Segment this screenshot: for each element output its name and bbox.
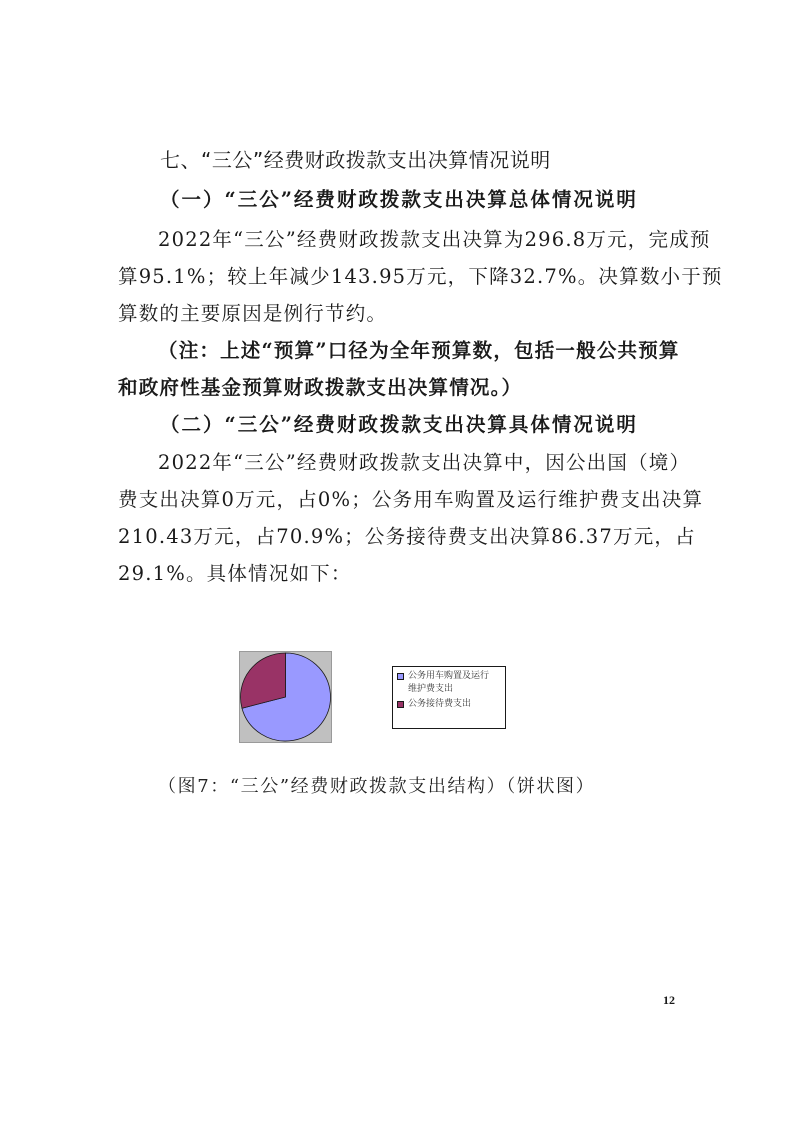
legend-label-line-1: 公务用车购置及运行	[408, 671, 489, 681]
note-line-2: 和政府性基金预算财政拨款支出决算情况。）	[118, 376, 678, 400]
legend-item-vehicle: 公务用车购置及运行 维护费支出	[397, 670, 502, 696]
chart-legend: 公务用车购置及运行 维护费支出 公务接待费支出	[392, 666, 506, 729]
subsection-1-heading: （一）“三公”经费财政拨款支出决算总体情况说明	[160, 188, 720, 212]
paragraph-2-line-4: 29.1%。具体情况如下：	[118, 562, 678, 586]
paragraph-1-line-2: 算95.1%；较上年减少143.95万元，下降32.7%。决算数小于预	[118, 265, 678, 289]
legend-swatch-icon	[397, 673, 404, 680]
pie-chart-graphic	[240, 652, 331, 742]
section-heading: 七、“三公”经费财政拨款支出决算情况说明	[160, 148, 720, 172]
subsection-2-heading: （二）“三公”经费财政拨款支出决算具体情况说明	[160, 413, 720, 437]
legend-label-line-2: 维护费支出	[408, 684, 453, 694]
figure-caption: （图7：“三公”经费财政拨款支出结构）（饼状图）	[158, 776, 618, 798]
legend-label-vehicle: 公务用车购置及运行 维护费支出	[408, 670, 489, 696]
pie-chart	[239, 651, 332, 743]
legend-label-reception: 公务接待费支出	[408, 698, 471, 711]
paragraph-1-line-1: 2022年“三公”经费财政拨款支出决算为296.8万元，完成预	[158, 228, 678, 252]
paragraph-2-line-2: 费支出决算0万元，占0%；公务用车购置及运行维护费支出决算	[118, 488, 678, 512]
note-line-1: （注：上述“预算”口径为全年预算数，包括一般公共预算	[158, 339, 678, 363]
paragraph-2-line-1: 2022年“三公”经费财政拨款支出决算中，因公出国（境）	[158, 451, 678, 475]
legend-swatch-icon	[397, 701, 404, 708]
legend-item-reception: 公务接待费支出	[397, 698, 502, 711]
page-number: 12	[663, 993, 675, 1008]
paragraph-1-line-3: 算数的主要原因是例行节约。	[118, 302, 678, 326]
document-page: 七、“三公”经费财政拨款支出决算情况说明 （一）“三公”经费财政拨款支出决算总体…	[0, 0, 794, 1122]
paragraph-2-line-3: 210.43万元，占70.9%；公务接待费支出决算86.37万元，占	[118, 525, 678, 549]
